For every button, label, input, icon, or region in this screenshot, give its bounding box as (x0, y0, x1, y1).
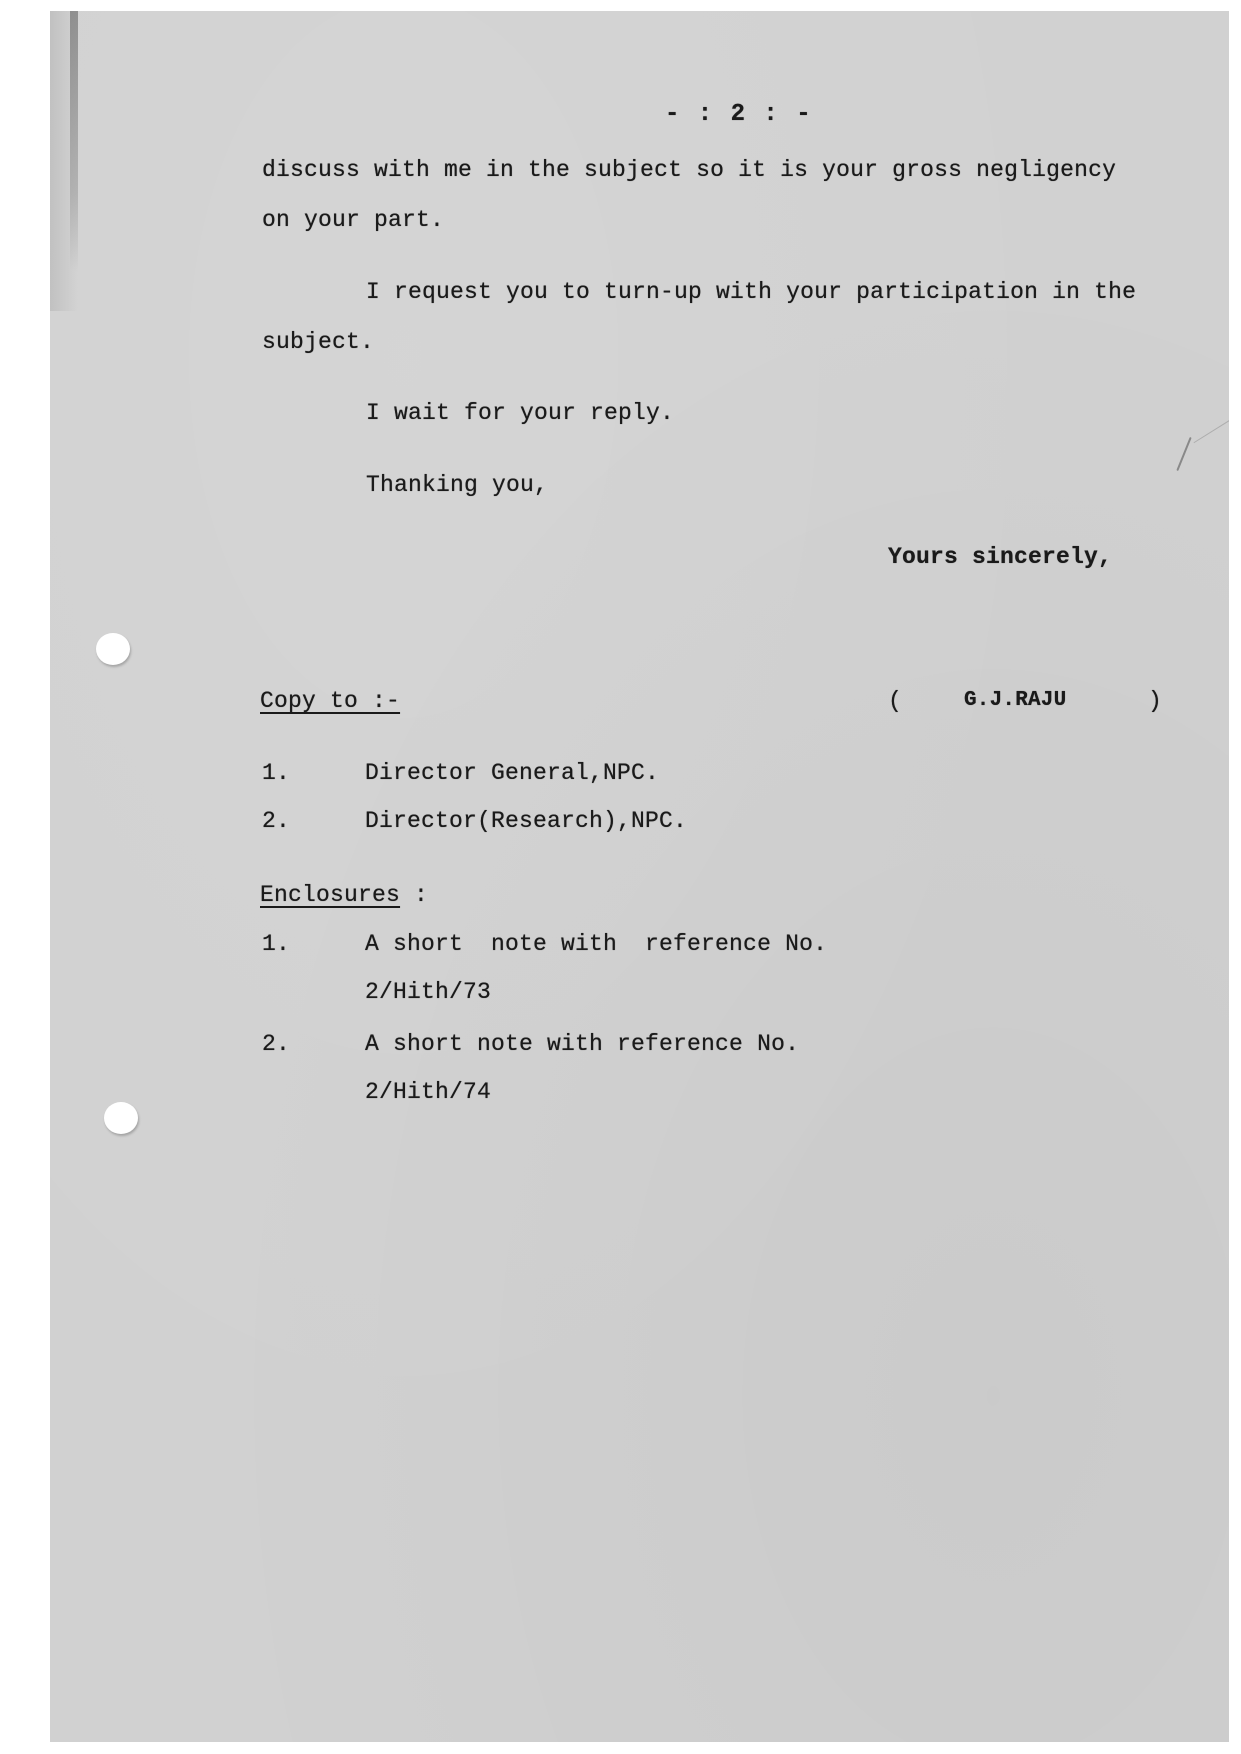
copy-to-item-1-number: 1. (262, 762, 290, 785)
punch-hole-bottom (104, 1102, 138, 1134)
enclosure-item-1-line-2: 2/Hith/73 (365, 981, 491, 1004)
enclosures-heading: Enclosures : (260, 884, 428, 907)
paragraph-1-line-2: on your part. (262, 209, 444, 232)
paragraph-2-line-2: subject. (262, 331, 374, 354)
copy-to-item-2: Director(Research),NPC. (365, 810, 687, 833)
paragraph-1-line-1: discuss with me in the subject so it is … (262, 159, 1116, 182)
document-page: - : 2 : - discuss with me in the subject… (50, 11, 1229, 1742)
signature-close-paren: ) (1148, 690, 1162, 713)
copy-to-item-1: Director General,NPC. (365, 762, 659, 785)
enclosure-item-2-line-1: A short note with reference No. (365, 1033, 799, 1056)
enclosures-heading-label: Enclosures (260, 882, 400, 908)
enclosure-item-1-number: 1. (262, 933, 290, 956)
paragraph-3: I wait for your reply. (366, 402, 674, 425)
pencil-mark (1176, 437, 1191, 471)
valediction: Yours sincerely, (888, 546, 1112, 569)
enclosure-item-2-line-2: 2/Hith/74 (365, 1081, 491, 1104)
closing-line: Thanking you, (366, 474, 548, 497)
copy-to-item-2-number: 2. (262, 810, 290, 833)
enclosure-item-2-number: 2. (262, 1033, 290, 1056)
signatory-name: G.J.RAJU (964, 690, 1066, 711)
page-number-header: - : 2 : - (665, 103, 813, 127)
binding-mark (70, 11, 78, 271)
signature-open-paren: ( (888, 690, 902, 713)
copy-to-heading: Copy to :- (260, 690, 400, 713)
enclosures-heading-colon: : (414, 882, 428, 908)
enclosure-item-1-line-1: A short note with reference No. (365, 933, 827, 956)
paragraph-2-line-1: I request you to turn-up with your parti… (366, 281, 1136, 304)
punch-hole-top (96, 633, 130, 665)
pencil-mark-faint (1194, 416, 1229, 443)
